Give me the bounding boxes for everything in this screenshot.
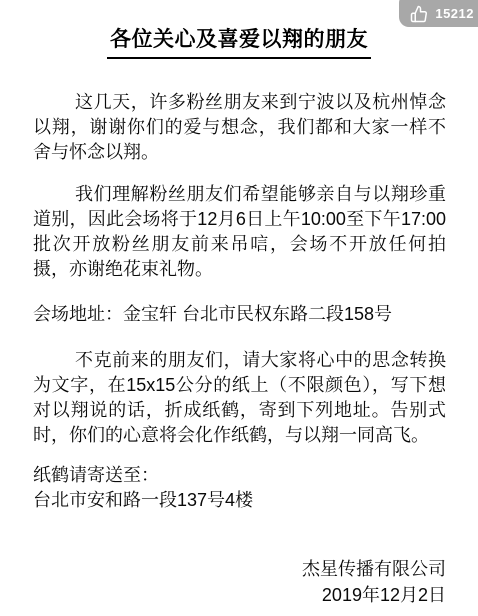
- thumbs-up-icon: [410, 5, 428, 23]
- announcement-page: 15212 各位关心及喜爱以翔的朋友 这几天，许多粉丝朋友来到宁波以及杭州悼念以…: [0, 0, 478, 616]
- likes-badge[interactable]: 15212: [399, 0, 478, 27]
- paragraph-paper-crane: 不克前来的朋友们，请大家将心中的思念转换为文字，在15x15公分的纸上（不限颜色…: [33, 348, 446, 448]
- paragraph-visiting-info: 我们理解粉丝朋友们希望能够亲自与以翔珍重道别，因此会场将于12月6日上午10:0…: [33, 182, 446, 282]
- likes-count: 15212: [435, 6, 474, 21]
- page-title: 各位关心及喜爱以翔的朋友: [0, 27, 478, 59]
- signature-date: 2019年12月2日: [33, 583, 446, 608]
- mail-to-address: 台北市安和路一段137号4楼: [33, 488, 446, 513]
- paragraph-thanks: 这几天，许多粉丝朋友来到宁波以及杭州悼念以翔，谢谢你们的爱与想念，我们都和大家一…: [33, 90, 446, 165]
- company-signature: 杰星传播有限公司: [33, 557, 446, 582]
- mail-to-label: 纸鹤请寄送至：: [33, 463, 446, 488]
- venue-address-line: 会场地址：金宝轩 台北市民权东路二段158号: [33, 302, 446, 327]
